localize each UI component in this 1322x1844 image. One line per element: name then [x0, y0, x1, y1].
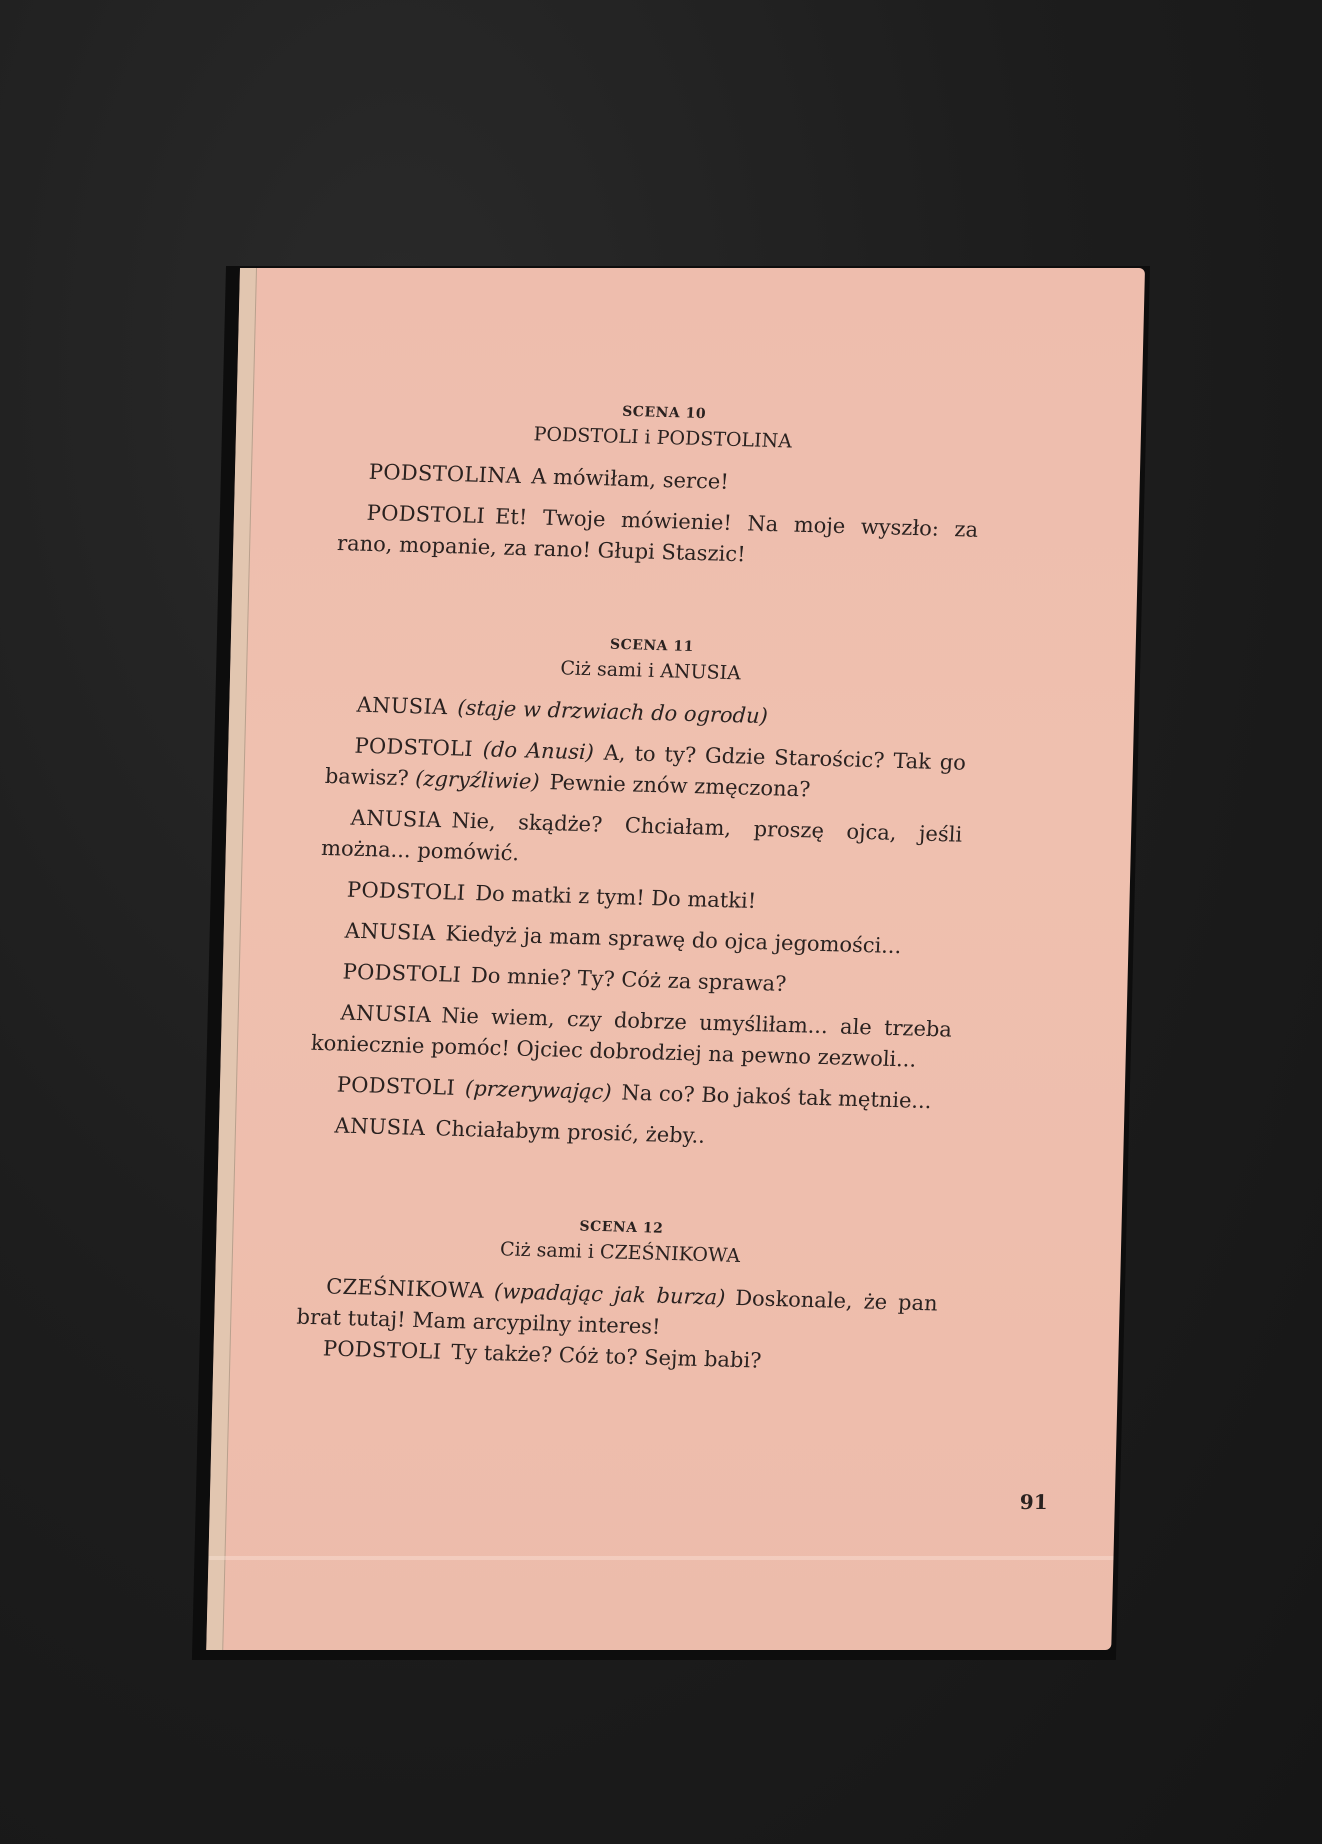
stage-direction: (zgryźliwie): [415, 766, 541, 793]
dialogue-text: Kiedyż ja mam sprawę do ojca jegomości..…: [445, 921, 902, 958]
dialogue-line: ANUSIANie wiem, czy dobrze umyśliłam... …: [310, 997, 953, 1077]
dialogue-text: Do matki z tym! Do matki!: [475, 881, 757, 913]
speaker-name: CZEŚNIKOWA: [326, 1274, 485, 1302]
dialogue-line: PODSTOLI(przerywając)Na co? Bo jakoś tak…: [308, 1069, 949, 1118]
dialogue-line: PODSTOLIDo mnie? Ty? Cóż za sprawa?: [314, 956, 955, 1005]
speaker-name: ANUSIA: [356, 693, 448, 720]
dialogue-line: PODSTOLI(do Anusi)A, to ty? Gdzie Staroś…: [324, 730, 967, 810]
speaker-name: PODSTOLINA: [368, 460, 522, 488]
scene-11: SCENA 11 Ciż sami i ANUSIA ANUSIA(staje …: [306, 629, 972, 1159]
page-fold-line: [208, 1556, 1113, 1560]
dialogue-line: ANUSIAChciałabym prosić, żeby..: [306, 1110, 947, 1159]
dialogue-text: Ty także? Cóż to? Sejm babi?: [451, 1340, 762, 1373]
speaker-name: PODSTOLI: [354, 734, 474, 761]
dialogue-text: Do mnie? Ty? Cóż za sprawa?: [470, 963, 787, 996]
dialogue-line: ANUSIANie, skądże? Chciałam, proszę ojca…: [320, 802, 963, 882]
speaker-name: ANUSIA: [340, 1001, 432, 1028]
speaker-name: PODSTOLI: [336, 1073, 456, 1100]
speaker-name: PODSTOLI: [366, 501, 486, 528]
dialogue-text: Pewnie znów zmęczona?: [549, 770, 811, 801]
page-number: 91: [1020, 1490, 1048, 1514]
page-content: SCENA 10 PODSTOLI i PODSTOLINA PODSTOLIN…: [294, 396, 985, 1391]
dialogue-line: PODSTOLINAA mówiłam, serce!: [340, 456, 981, 505]
book-page: SCENA 10 PODSTOLI i PODSTOLINA PODSTOLIN…: [206, 268, 1145, 1650]
scene-12: SCENA 12 Ciż sami i CZEŚNIKOWA CZEŚNIKOW…: [294, 1211, 941, 1382]
speaker-name: ANUSIA: [344, 919, 436, 946]
stage-direction: (staje w drzwiach do ogrodu): [457, 695, 769, 728]
dialogue-text: Na co? Bo jakoś tak mętnie...: [621, 1080, 932, 1113]
dialogue-line: PODSTOLIDo matki z tym! Do matki!: [318, 874, 959, 923]
speaker-name: PODSTOLI: [346, 878, 466, 905]
speaker-name: ANUSIA: [350, 806, 442, 833]
dialogue-line: ANUSIA(staje w drzwiach do ogrodu): [328, 689, 969, 738]
dialogue-text: Chciałabym prosić, żeby..: [435, 1116, 706, 1148]
speaker-name: ANUSIA: [334, 1114, 426, 1141]
dialogue-text: A mówiłam, serce!: [531, 464, 730, 494]
stage-direction: (wpadając jak burza): [494, 1279, 726, 1309]
speaker-name: PODSTOLI: [342, 960, 462, 987]
speaker-name: PODSTOLI: [322, 1336, 442, 1363]
stage-direction: (do Anusi): [482, 737, 594, 764]
stage-direction: (przerywając): [464, 1076, 612, 1104]
dialogue-line: PODSTOLIEt! Twoje mówienie! Na moje wysz…: [336, 497, 979, 577]
scene-10: SCENA 10 PODSTOLI i PODSTOLINA PODSTOLIN…: [336, 396, 984, 577]
dialogue-line: ANUSIAKiedyż ja mam sprawę do ojca jegom…: [316, 915, 957, 964]
